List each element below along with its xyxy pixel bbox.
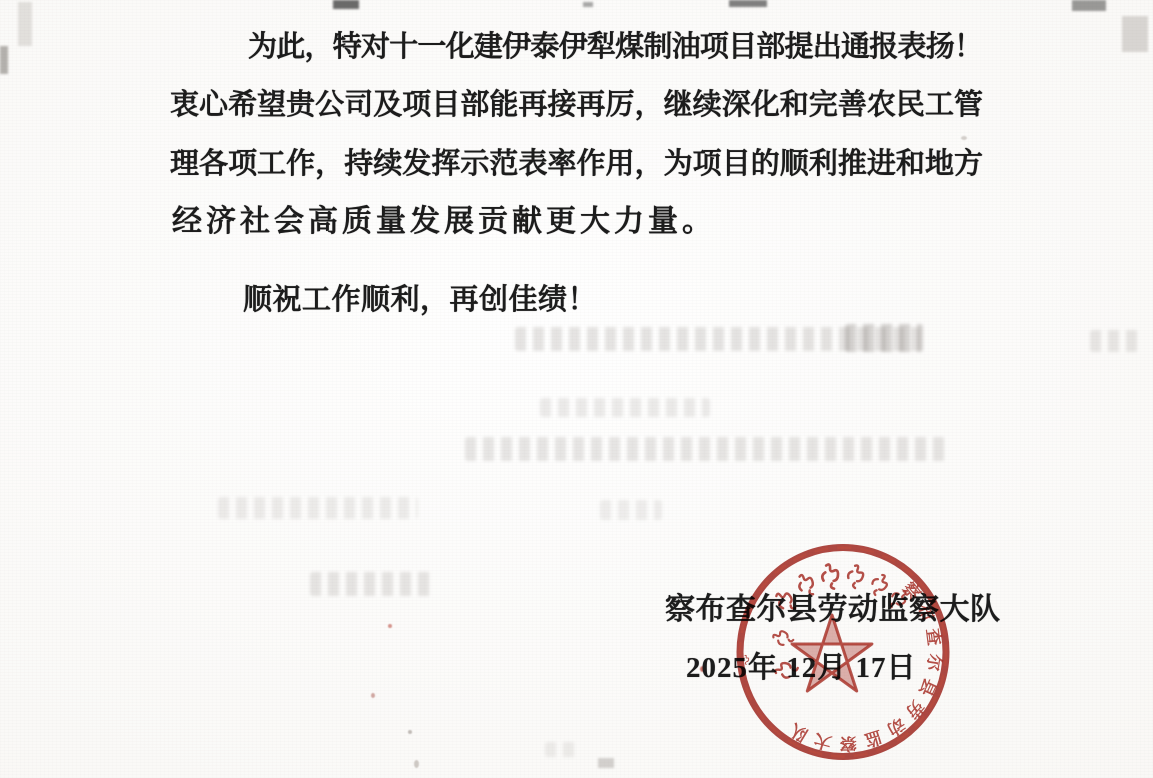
bleed-through-mark <box>545 742 581 757</box>
scan-artifact <box>0 46 8 74</box>
body-line-2: 衷心希望贵公司及项目部能再接再厉，继续深化和完善农民工管 <box>170 88 982 122</box>
ink-speck <box>961 136 967 140</box>
bleed-through-mark <box>310 572 432 596</box>
bleed-through-mark <box>540 398 710 417</box>
closing-line: 顺祝工作顺利，再创佳绩！ <box>243 283 597 317</box>
ink-speck <box>388 624 392 628</box>
scan-artifact <box>333 0 359 9</box>
body-line-1: 为此，特对十一化建伊泰伊犁煤制油项目部提出通报表扬！ <box>170 30 982 64</box>
scanned-document-page: 为此，特对十一化建伊泰伊犁煤制油项目部提出通报表扬！ 衷心希望贵公司及项目部能再… <box>0 0 1153 778</box>
bleed-through-mark <box>218 497 418 519</box>
ink-speck <box>408 730 412 734</box>
body-line-3: 理各项工作，持续发挥示范表率作用，为项目的顺利推进和地方 <box>170 147 982 181</box>
bleed-through-mark <box>600 500 662 520</box>
seal-arc-text-path: 察布查尔县劳动监察大队 <box>780 578 945 754</box>
seal-arc-text: 察布查尔县劳动监察大队 <box>780 578 945 754</box>
body-line-4: 经济社会高质量发展贡献更大力量。 <box>172 205 716 239</box>
bleed-through-mark <box>465 437 945 461</box>
ink-speck <box>371 693 375 698</box>
bleed-through-mark <box>845 324 923 352</box>
scan-artifact <box>598 758 614 768</box>
scan-artifact <box>583 2 593 7</box>
official-seal: 察布查尔县劳动监察大队 <box>731 540 955 764</box>
scan-artifact <box>1122 16 1148 52</box>
scan-artifact <box>18 2 32 46</box>
scan-artifact <box>1072 0 1106 11</box>
scan-artifact <box>729 0 767 7</box>
bleed-through-mark <box>1090 330 1138 352</box>
ink-speck <box>414 760 419 768</box>
